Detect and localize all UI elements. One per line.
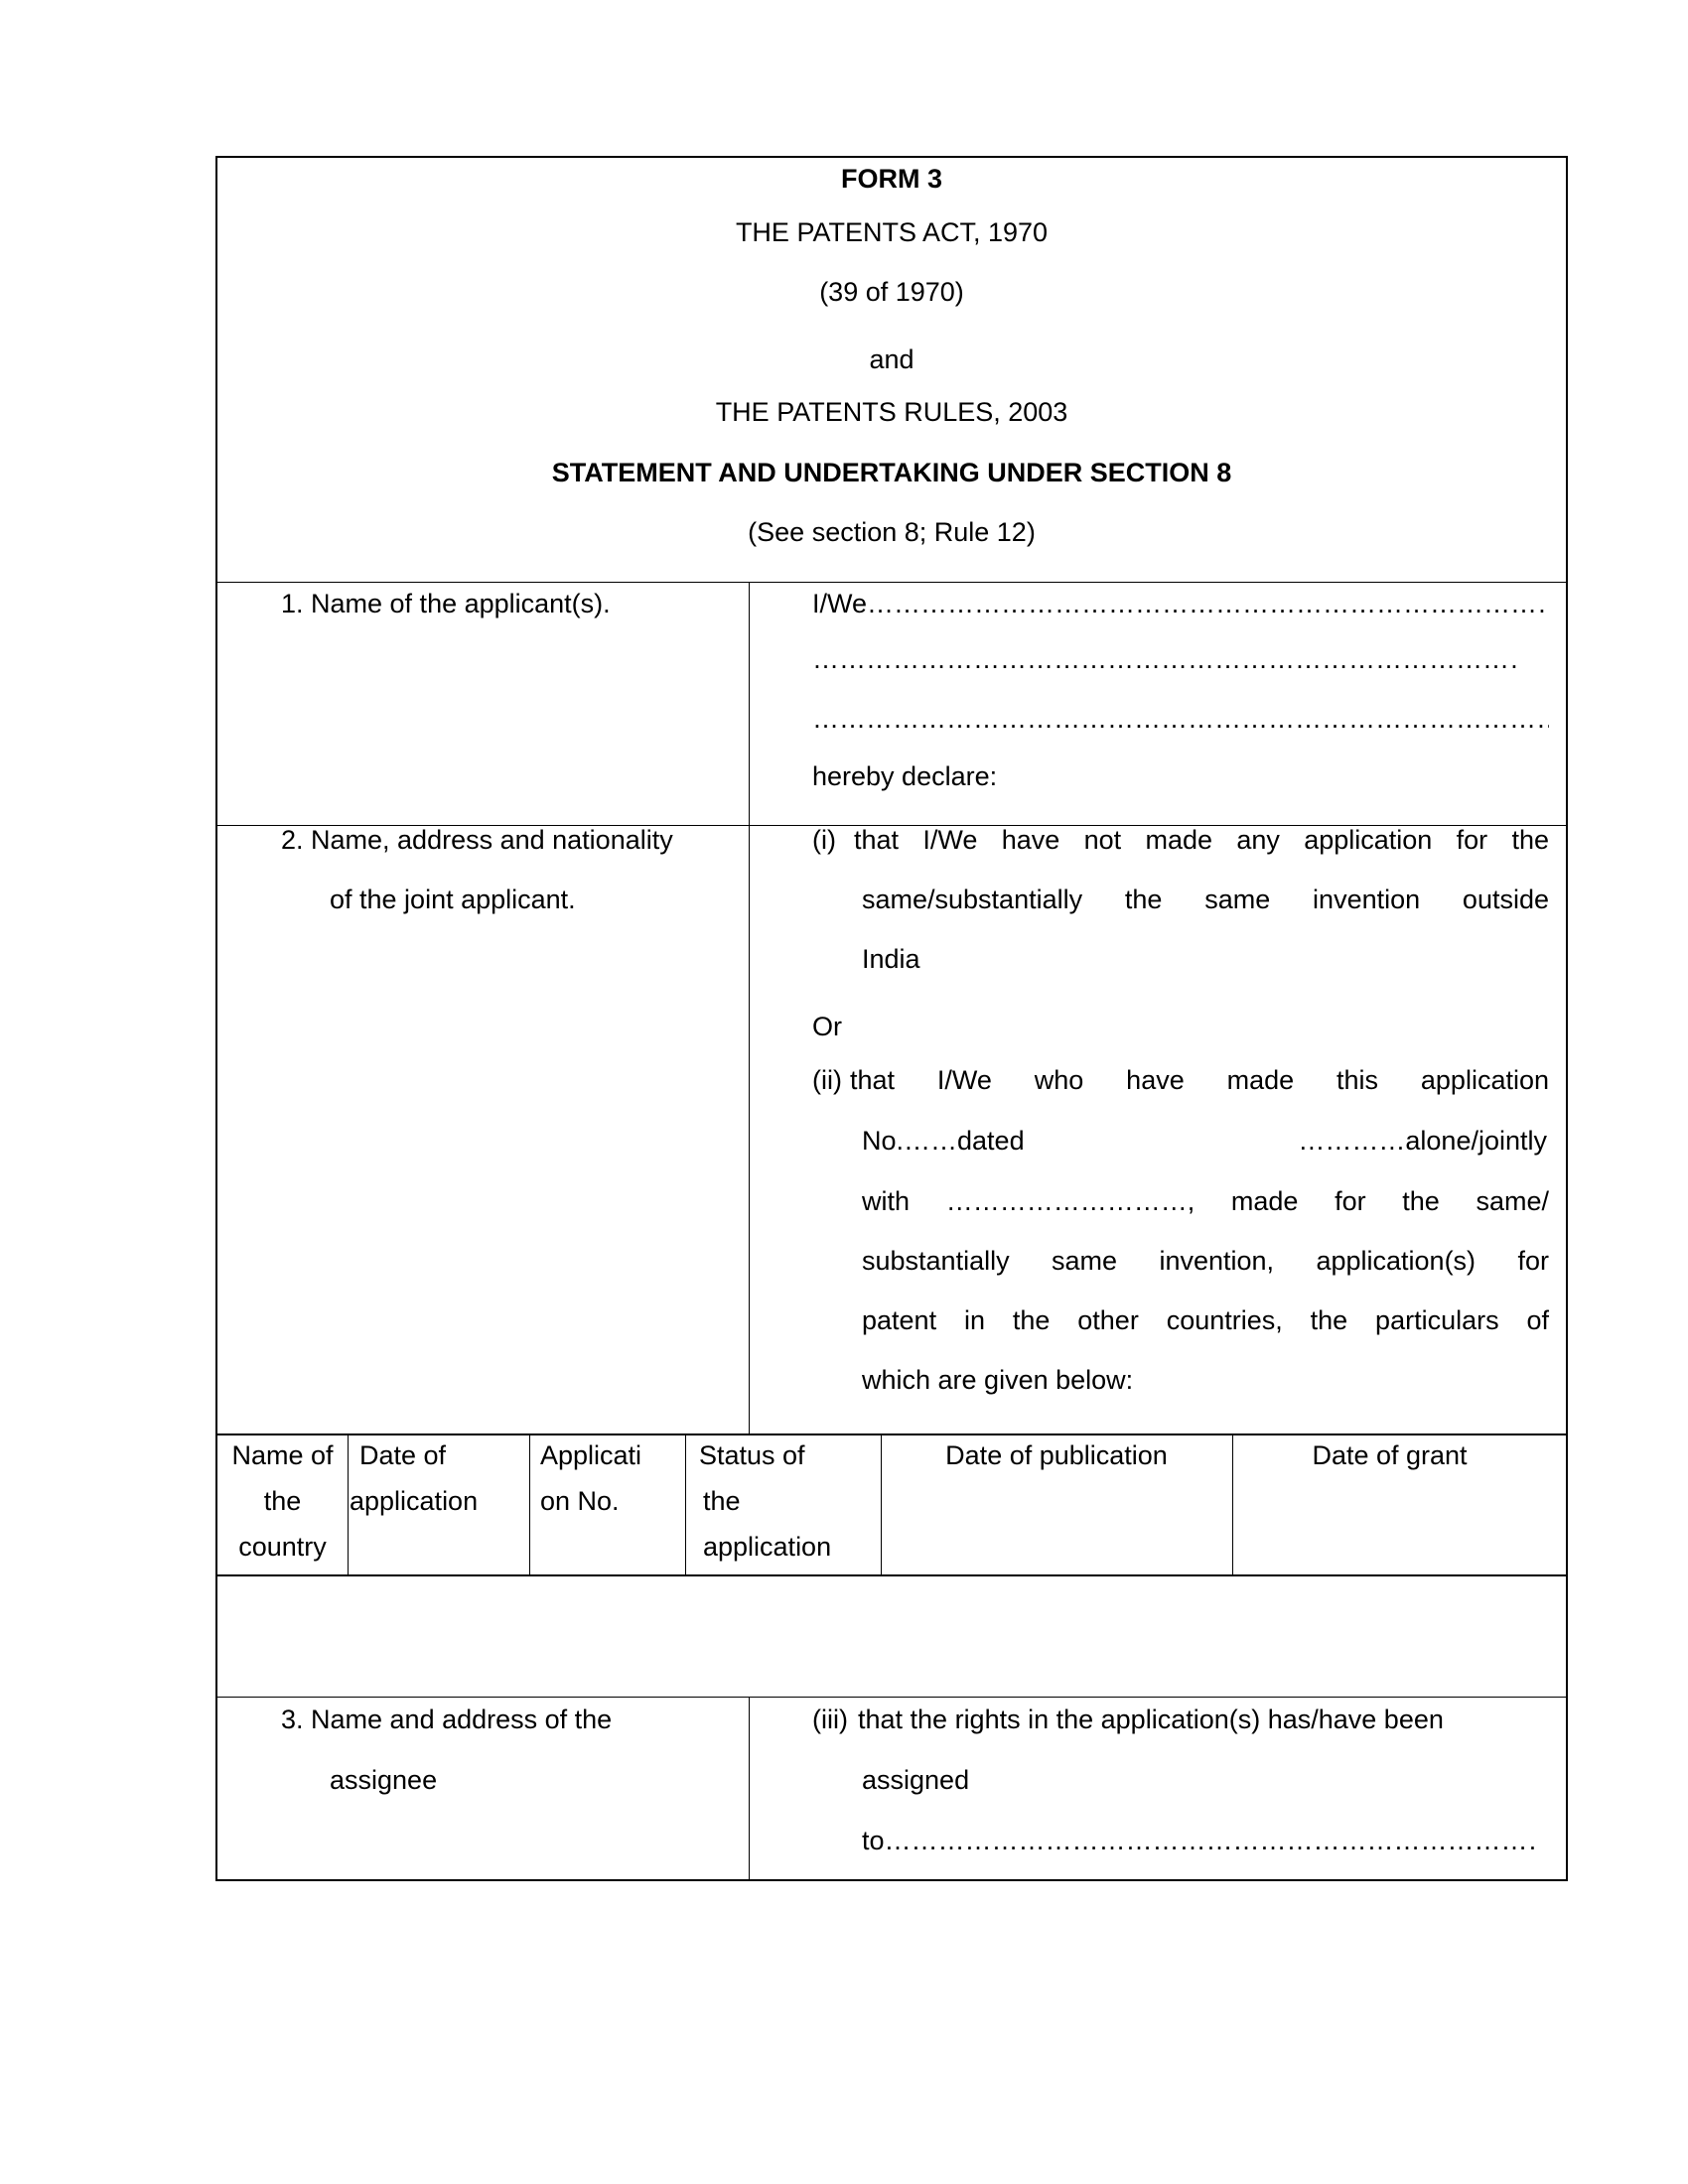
form-reference: (See section 8; Rule 12) bbox=[216, 515, 1567, 549]
joint-applicant-label: 2. Name, address and nationality bbox=[281, 823, 673, 857]
act-number: (39 of 1970) bbox=[216, 275, 1567, 309]
table-border-bottom bbox=[216, 1879, 1567, 1881]
applicant-name-field-line3[interactable]: ………………………………………………………………………………… bbox=[812, 702, 1549, 736]
clause-ii-line3: with ………………………, made for the same/ bbox=[862, 1184, 1549, 1218]
countries-table-entry-area[interactable] bbox=[217, 1576, 1566, 1696]
assignee-label: 3. Name and address of the bbox=[281, 1703, 612, 1736]
header-divider bbox=[216, 582, 1567, 583]
applicant-name-label: 1. Name of the applicant(s). bbox=[281, 587, 611, 620]
col-header-date-of-application: Date of application bbox=[350, 1433, 528, 1524]
clause-ii-marker: (ii) bbox=[812, 1063, 842, 1097]
assignee-name-field[interactable]: to……………………………………………………………………… bbox=[862, 1824, 1539, 1857]
clause-i-marker: (i) bbox=[812, 823, 836, 857]
clause-ii-line6: which are given below: bbox=[862, 1363, 1133, 1397]
table-border-top bbox=[216, 156, 1567, 158]
form-page: FORM 3 THE PATENTS ACT, 1970 (39 of 1970… bbox=[0, 0, 1688, 2184]
clause-ii-application-no[interactable]: No.……dated bbox=[862, 1124, 1025, 1158]
applicant-name-field-line2[interactable]: ………………………………………………………………………………… bbox=[812, 642, 1519, 676]
clause-ii-line4: substantially same invention, applicatio… bbox=[862, 1244, 1549, 1278]
clause-iii-marker: (iii) bbox=[812, 1703, 848, 1736]
countries-col-divider bbox=[685, 1433, 686, 1575]
clause-i-line1: that I/We have not made any application … bbox=[854, 823, 1549, 857]
col-header-date-of-grant: Date of grant bbox=[1233, 1433, 1566, 1478]
clause-iii-line1: that the rights in the application(s) ha… bbox=[858, 1703, 1444, 1736]
clause-ii-alone-jointly[interactable]: …………alone/jointly bbox=[1298, 1124, 1547, 1158]
countries-col-divider bbox=[529, 1433, 530, 1575]
empty-row-divider bbox=[216, 1697, 1567, 1698]
col-header-application-no: Applicati on No. bbox=[540, 1433, 684, 1524]
assignee-label-cont: assignee bbox=[330, 1763, 437, 1797]
col-header-status: Status of the application bbox=[699, 1433, 880, 1570]
clause-ii-line1: that I/We who have made this application bbox=[850, 1063, 1549, 1097]
act-title: THE PATENTS ACT, 1970 bbox=[216, 215, 1567, 249]
joint-applicant-label-cont: of the joint applicant. bbox=[330, 883, 576, 916]
column-divider-lower bbox=[749, 1697, 750, 1880]
countries-col-divider bbox=[348, 1433, 349, 1575]
declaration-text: hereby declare: bbox=[812, 759, 997, 793]
conjunction: and bbox=[216, 342, 1567, 376]
form-title: FORM 3 bbox=[216, 162, 1567, 196]
column-divider-upper bbox=[749, 582, 750, 1434]
applicant-name-field-line1[interactable]: I/We……………………………………………………………………………… bbox=[812, 587, 1549, 620]
col-header-country: Name of the country bbox=[217, 1433, 348, 1570]
clause-i-line3: India bbox=[862, 942, 920, 976]
rules-title: THE PATENTS RULES, 2003 bbox=[216, 395, 1567, 429]
clause-ii-line5: patent in the other countries, the parti… bbox=[862, 1303, 1549, 1337]
col-header-date-of-publication: Date of publication bbox=[882, 1433, 1231, 1478]
form-heading: STATEMENT AND UNDERTAKING UNDER SECTION … bbox=[216, 456, 1567, 489]
clause-i-line2: same/substantially the same invention ou… bbox=[862, 883, 1549, 916]
or-separator: Or bbox=[812, 1010, 842, 1043]
clause-iii-line2: assigned bbox=[862, 1763, 969, 1797]
